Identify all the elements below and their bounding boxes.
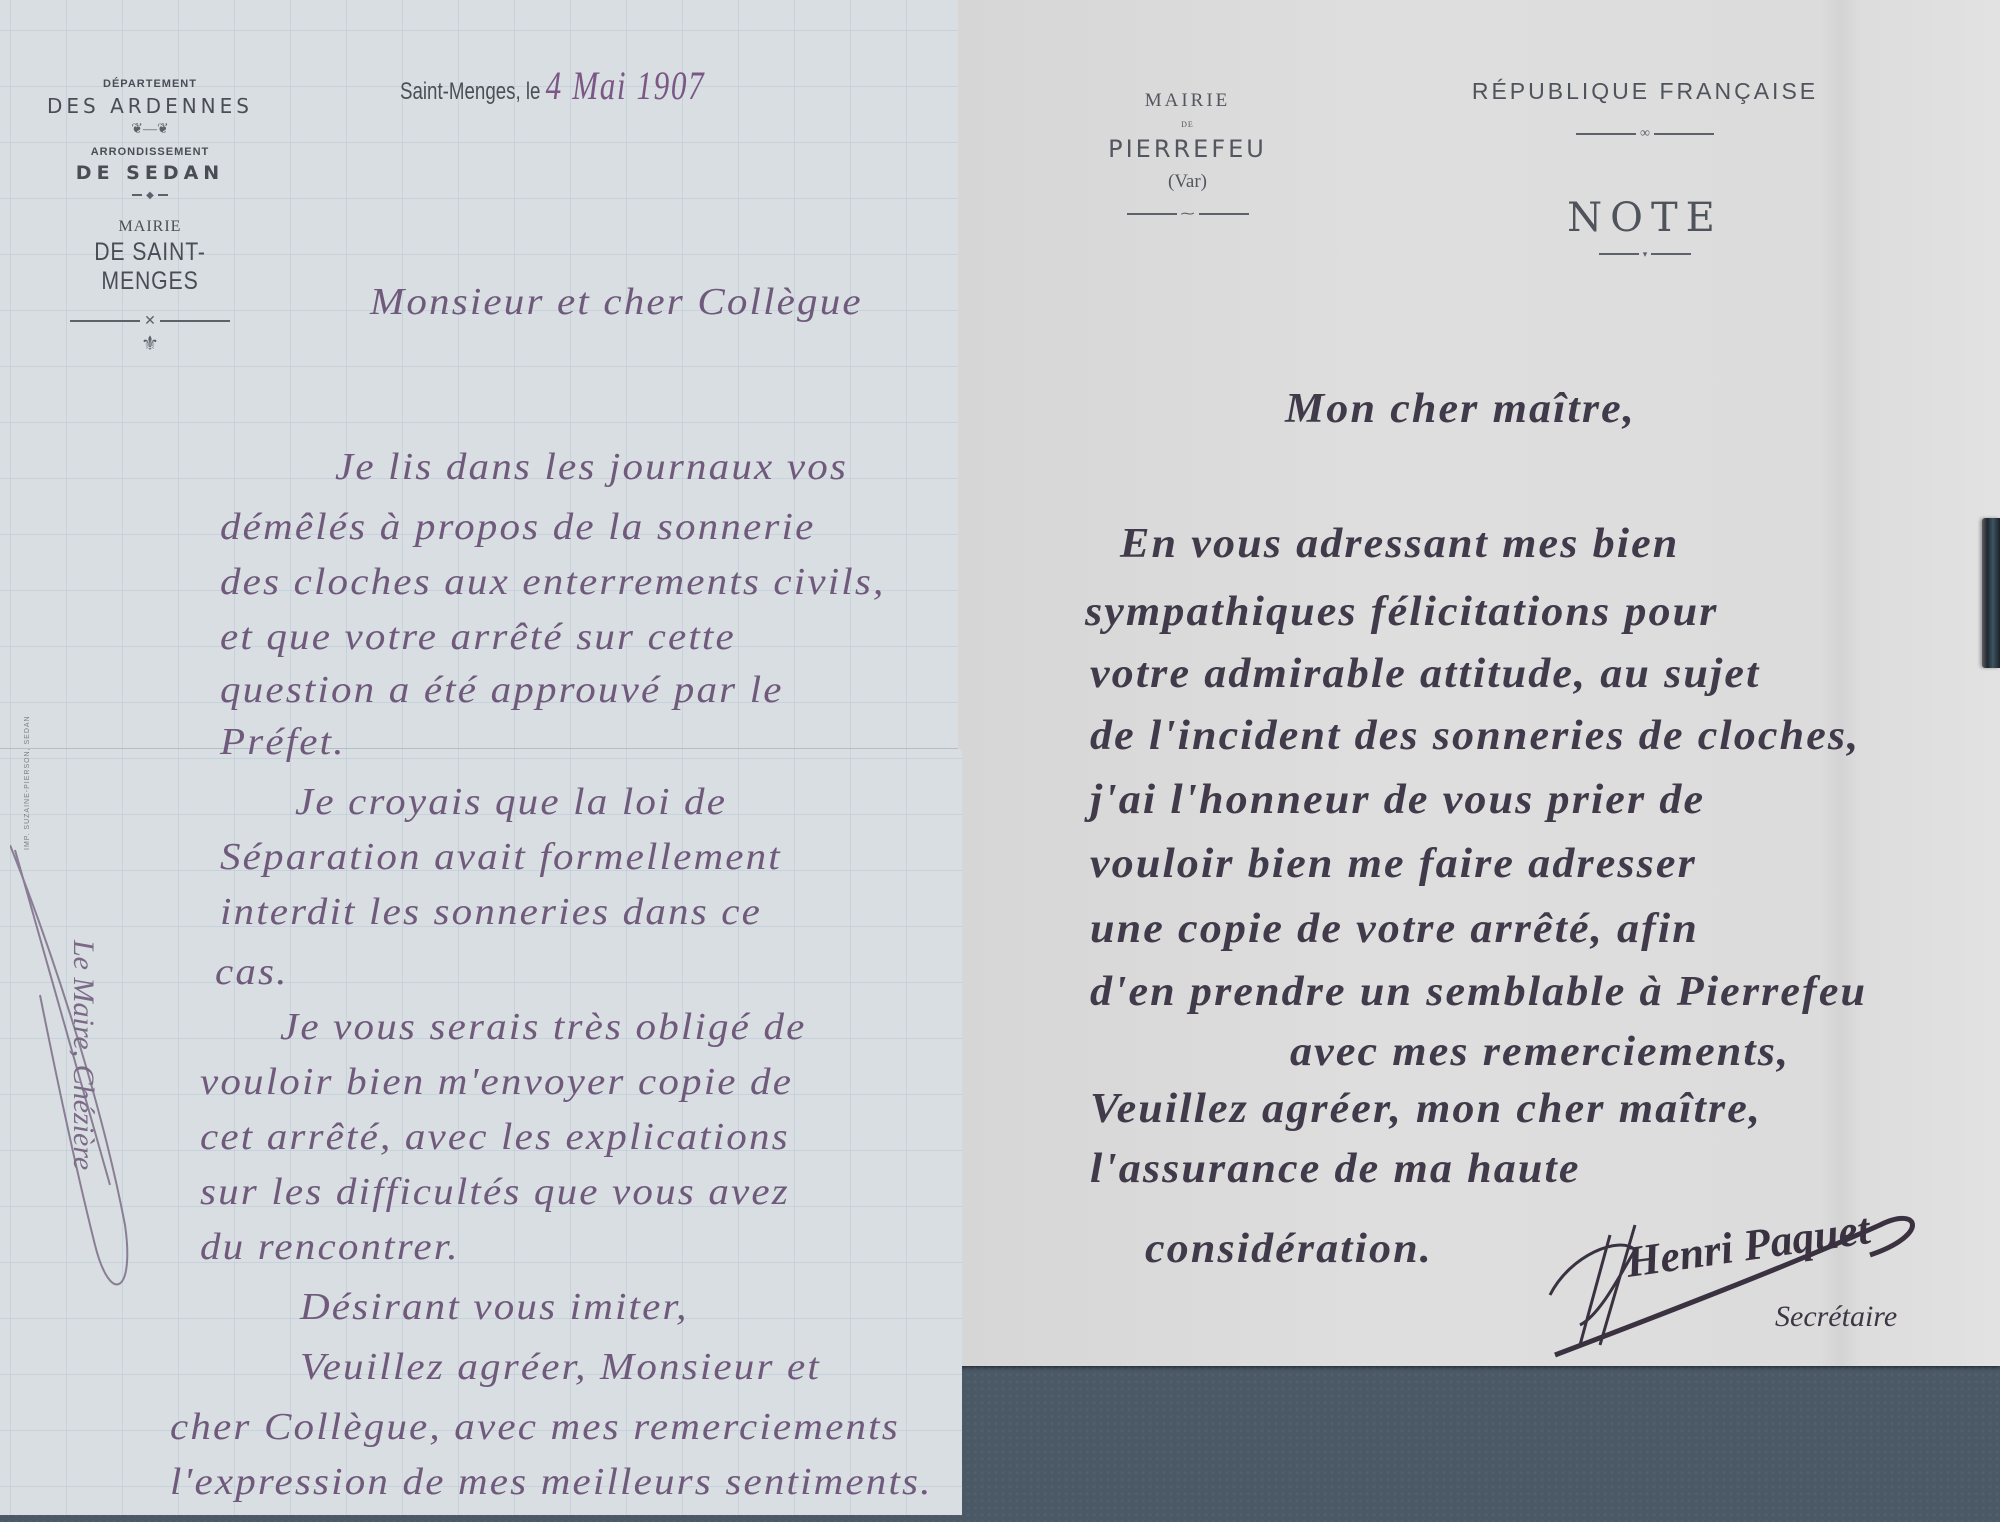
- left-body-line: des cloches aux enterrements civils,: [220, 560, 885, 604]
- margin-signature: Le Maire, Chézière: [60, 900, 190, 1420]
- left-body-line: question a été approuvé par le: [220, 668, 784, 712]
- right-body-line: Veuillez agréer, mon cher maître,: [1090, 1085, 1762, 1133]
- right-body-line: considération.: [1145, 1225, 1433, 1273]
- left-body-line: cas.: [215, 950, 289, 994]
- de-label: DE: [1060, 120, 1315, 129]
- left-body-line: et que votre arrêté sur cette: [220, 615, 736, 659]
- fold-line: [0, 748, 958, 749]
- left-body-line: Séparation avait formellement: [220, 835, 782, 879]
- document-type-title: NOTE: [1420, 195, 1870, 241]
- right-body-line: j'ai l'honneur de vous prier de: [1090, 776, 1705, 824]
- left-body-line: interdit les sonneries dans ce: [220, 890, 762, 934]
- ornament-scroll-icon: ❦―❦: [30, 118, 270, 140]
- mairie-label: MAIRIE: [30, 218, 270, 236]
- left-body-line: Je lis dans les journaux vos: [335, 445, 848, 489]
- departement-label: DÉPARTEMENT: [30, 78, 270, 90]
- printer-imprint-wrap: IMP. SUZAINE-PIERSON, SEDAN: [24, 690, 34, 850]
- republic-title: RÉPUBLIQUE FRANÇAISE: [1420, 78, 1870, 105]
- right-body-line: sympathiques félicitations pour: [1085, 588, 1719, 636]
- left-body-line: sur les difficultés que vous avez: [200, 1170, 790, 1214]
- right-letterhead-republic: RÉPUBLIQUE FRANÇAISE ∞ NOTE ▾: [1420, 78, 1870, 265]
- right-letterhead-mairie: MAIRIE DE PIERREFEU (Var) ⁓: [1060, 90, 1315, 225]
- signature-henri-paquet: Henri Paquet: [1540, 1195, 1970, 1365]
- binder-clip: [1982, 518, 2000, 668]
- signature-title: Secrétaire: [1775, 1300, 1897, 1334]
- ornament-divider-icon: ⁓: [1060, 203, 1315, 225]
- left-body-line: Veuillez agréer, Monsieur et: [300, 1345, 821, 1389]
- right-body-line: vouloir bien me faire adresser: [1090, 840, 1697, 888]
- right-body-line: une copie de votre arrêté, afin: [1090, 905, 1699, 953]
- arrondissement-name: DE SEDAN: [30, 162, 270, 184]
- left-body-line: Je vous serais très obligé de: [280, 1005, 807, 1049]
- departement-name: DES ARDENNES: [30, 94, 270, 118]
- right-body-line: votre admirable attitude, au sujet: [1090, 650, 1760, 698]
- arrondissement-label: ARRONDISSEMENT: [30, 146, 270, 158]
- dateline-date: 4 Mai 1907: [546, 63, 705, 108]
- right-body-line: l'assurance de ma haute: [1090, 1145, 1581, 1193]
- left-body-line: cet arrêté, avec les explications: [200, 1115, 790, 1159]
- dateline-printed: Saint-Menges, le: [400, 78, 540, 105]
- left-salutation: Monsieur et cher Collègue: [370, 280, 863, 324]
- ornament-divider-icon: ◆: [30, 184, 270, 206]
- region-name: (Var): [1060, 171, 1315, 193]
- dateline: Saint-Menges, le 4 Mai 1907: [400, 62, 705, 109]
- left-body-line: Désirant vous imiter,: [300, 1285, 688, 1329]
- ornament-cross-icon: ✕: [30, 310, 270, 332]
- left-body-line: cher Collègue, avec mes remerciements: [170, 1405, 900, 1449]
- left-body-line: Préfet.: [220, 720, 346, 764]
- town-name: PIERREFEU: [1060, 135, 1315, 163]
- right-body-line: d'en prendre un semblable à Pierrefeu: [1090, 968, 1867, 1016]
- right-body-line: avec mes remerciements,: [1290, 1028, 1790, 1076]
- left-body-line: l'expression de mes meilleurs sentiments…: [170, 1460, 933, 1504]
- mairie-name: DE SAINT-MENGES: [48, 238, 252, 296]
- ornament-fleur-icon: ⚜: [30, 332, 270, 354]
- left-body-line: démêlés à propos de la sonnerie: [220, 505, 815, 549]
- mairie-label: MAIRIE: [1060, 90, 1315, 112]
- left-letterhead: DÉPARTEMENT DES ARDENNES ❦―❦ ARRONDISSEM…: [30, 78, 270, 354]
- right-body-line: de l'incident des sonneries de cloches,: [1090, 712, 1860, 760]
- margin-signature-text: Le Maire, Chézière: [66, 940, 100, 1170]
- right-body-line: En vous adressant mes bien: [1120, 520, 1679, 568]
- left-body-line: vouloir bien m'envoyer copie de: [200, 1060, 793, 1104]
- right-salutation: Mon cher maître,: [1285, 385, 1636, 433]
- left-body-line: du rencontrer.: [200, 1225, 460, 1269]
- ornament-knot-icon: ∞: [1420, 123, 1870, 145]
- ornament-divider-icon: ▾: [1420, 243, 1870, 265]
- left-body-line: Je croyais que la loi de: [295, 780, 727, 824]
- printer-imprint: IMP. SUZAINE-PIERSON, SEDAN: [24, 715, 31, 850]
